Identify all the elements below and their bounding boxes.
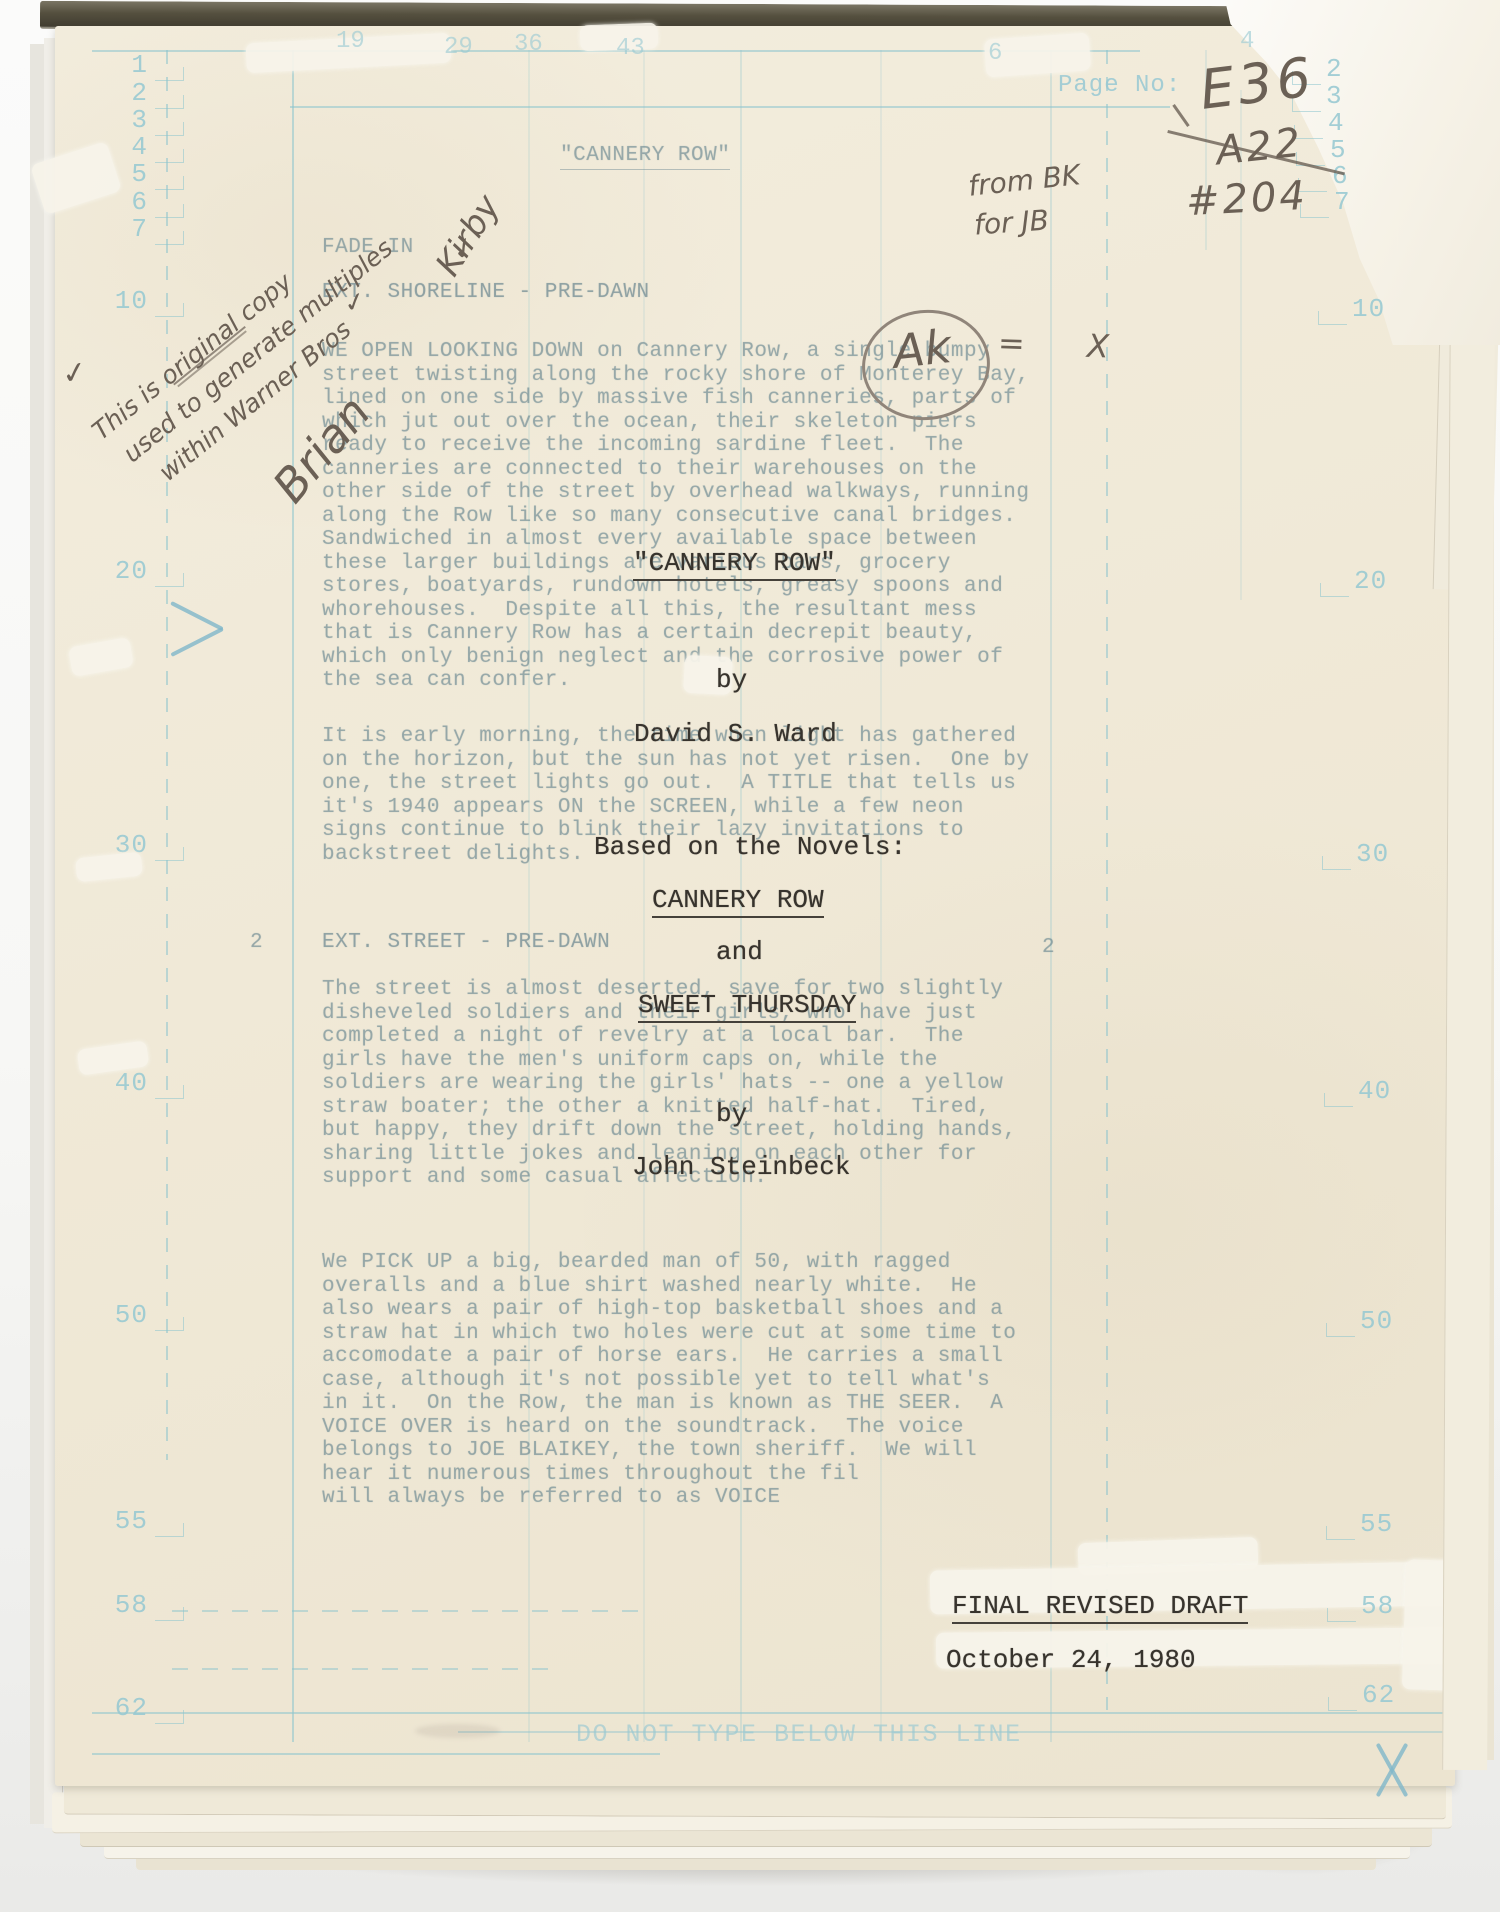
form-dashed-guide <box>172 1668 562 1670</box>
bleed-text-line: the sea can confer. <box>322 669 1030 693</box>
by-line: by <box>716 1100 747 1128</box>
bleed-text-line: other side of the street by overhead wal… <box>322 481 1030 505</box>
margin-number: 36 <box>514 33 543 57</box>
bleed-text-line: completed a night of revelry at a local … <box>322 1025 1016 1049</box>
draft-status: FINAL REVISED DRAFT <box>952 1592 1248 1624</box>
bleed-scene-number: 2 <box>1042 936 1055 960</box>
margin-number: 50 <box>100 1302 148 1328</box>
bleed-text-line: girls have the men's uniform caps on, wh… <box>322 1049 1016 1073</box>
margin-number: 1 <box>100 52 148 78</box>
novel-title-2: SWEET THURSDAY <box>638 991 856 1023</box>
margin-number: 6 <box>988 42 1002 66</box>
margin-number: 40 <box>100 1070 148 1096</box>
margin-number: 6 <box>1332 163 1380 189</box>
margin-number: 29 <box>444 36 473 60</box>
form-dashed-guide <box>172 1610 642 1612</box>
bleed-title: "CANNERY ROW" <box>560 144 730 170</box>
bleed-paragraph: We PICK UP a big, bearded man of 50, wit… <box>322 1251 1016 1510</box>
margin-number: 2 <box>1326 56 1374 82</box>
circled-initials: Ak <box>890 319 953 379</box>
handwritten-code-204: #204 <box>1185 173 1309 225</box>
under-sheet-page-number: 4 <box>1240 30 1254 54</box>
conjunction-and: and <box>716 938 763 966</box>
bleed-text-line: which only benign neglect and the corros… <box>322 646 1030 670</box>
margin-number: 3 <box>100 107 148 133</box>
handwritten-for-jb: for JB <box>973 203 1050 241</box>
form-bottom-rule <box>92 1712 1444 1714</box>
bleed-text-line: case, although it's not possible yet to … <box>322 1369 1016 1393</box>
bleed-text-line: straw hat in which two holes were cut at… <box>322 1322 1016 1346</box>
bleed-text-line: that is Cannery Row has a certain decrep… <box>322 622 1030 646</box>
bleed-text-line: one, the street lights go out. A TITLE t… <box>322 772 1030 796</box>
page-no-label: Page No: <box>1058 72 1181 99</box>
bleed-text-line: will always be referred to as VOICE <box>322 1486 1016 1510</box>
do-not-type-label: DO NOT TYPE BELOW THIS LINE <box>576 1720 1022 1749</box>
margin-number: 19 <box>336 30 365 54</box>
bleed-text-line: hear it numerous times throughout the fi… <box>322 1463 1016 1487</box>
form-header-rule <box>290 106 1170 108</box>
form-right-margin-rule <box>1050 50 1052 1742</box>
margin-number: 10 <box>100 288 148 314</box>
pencil-smudge <box>415 1724 500 1738</box>
margin-number: 7 <box>1334 189 1382 215</box>
based-on-line: Based on the Novels: <box>594 833 906 861</box>
bleed-text-line: canneries are connected to their warehou… <box>322 458 1030 482</box>
bleed-text-line: We PICK UP a big, bearded man of 50, wit… <box>322 1251 1016 1275</box>
bleed-text-line: on the horizon, but the sun has not yet … <box>322 749 1030 773</box>
margin-number: 4 <box>1328 110 1376 136</box>
margin-number: 20 <box>100 558 148 584</box>
draft-date: October 24, 1980 <box>946 1646 1196 1674</box>
margin-number: 58 <box>100 1592 148 1618</box>
margin-number: 20 <box>1354 568 1402 594</box>
margin-number: 7 <box>100 216 148 242</box>
bleed-text-line: along the Row like so many consecutive c… <box>322 505 1030 529</box>
bleed-text-line: overalls and a blue shirt washed nearly … <box>322 1275 1016 1299</box>
bleed-text-line: in it. On the Row, the man is known as T… <box>322 1392 1016 1416</box>
form-bottom-edge-rule <box>92 1753 660 1755</box>
bleed-text-line: accomodate a pair of horse ears. He carr… <box>322 1345 1016 1369</box>
margin-number: 55 <box>100 1508 148 1534</box>
bleed-text-line: but happy, they drift down the street, h… <box>322 1119 1016 1143</box>
margin-number: 55 <box>1360 1511 1408 1537</box>
novelist-name: John Steinbeck <box>632 1153 850 1181</box>
form-right-dashed-rule <box>1106 50 1108 1710</box>
bleed-text-line: ready to receive the incoming sardine fl… <box>322 434 1030 458</box>
bleed-text-line: it's 1940 appears ON the SCREEN, while a… <box>322 796 1030 820</box>
margin-number: 62 <box>1362 1682 1410 1708</box>
bleed-scene-number: 2 <box>250 931 263 955</box>
author-name: David S. Ward <box>634 720 837 748</box>
margin-number: 62 <box>100 1695 148 1721</box>
bleed-scene-heading: EXT. STREET - PRE-DAWN <box>322 931 610 955</box>
form-left-dashed-rule <box>166 50 168 1460</box>
bleed-text-line: VOICE OVER is heard on the soundtrack. T… <box>322 1416 1016 1440</box>
under-sheet-right-edge <box>1442 300 1495 1770</box>
bleed-text-line: soldiers are wearing the girls' hats -- … <box>322 1072 1016 1096</box>
by-line: by <box>716 666 747 694</box>
margin-number: 43 <box>616 37 645 61</box>
margin-number: 10 <box>1352 296 1400 322</box>
margin-number: 2 <box>100 80 148 106</box>
margin-number: 50 <box>1360 1308 1408 1334</box>
margin-number: 40 <box>1358 1078 1406 1104</box>
margin-number: 58 <box>1361 1593 1409 1619</box>
title-text: "CANNERY ROW" <box>633 549 836 581</box>
bleed-text-line: straw boater; the other a knitted half-h… <box>322 1096 1016 1120</box>
novel-title-1: CANNERY ROW <box>652 886 824 918</box>
bleed-text-line: whorehouses. Despite all this, the resul… <box>322 599 1030 623</box>
bleed-text-line: also wears a pair of high-top basketball… <box>322 1298 1016 1322</box>
margin-number: 30 <box>1356 841 1404 867</box>
margin-number: 5 <box>1330 137 1378 163</box>
margin-number: 3 <box>1326 83 1374 109</box>
bleed-text-line: belongs to JOE BLAIKEY, the town sheriff… <box>322 1439 1016 1463</box>
equals-x-note: = X <box>997 324 1135 367</box>
